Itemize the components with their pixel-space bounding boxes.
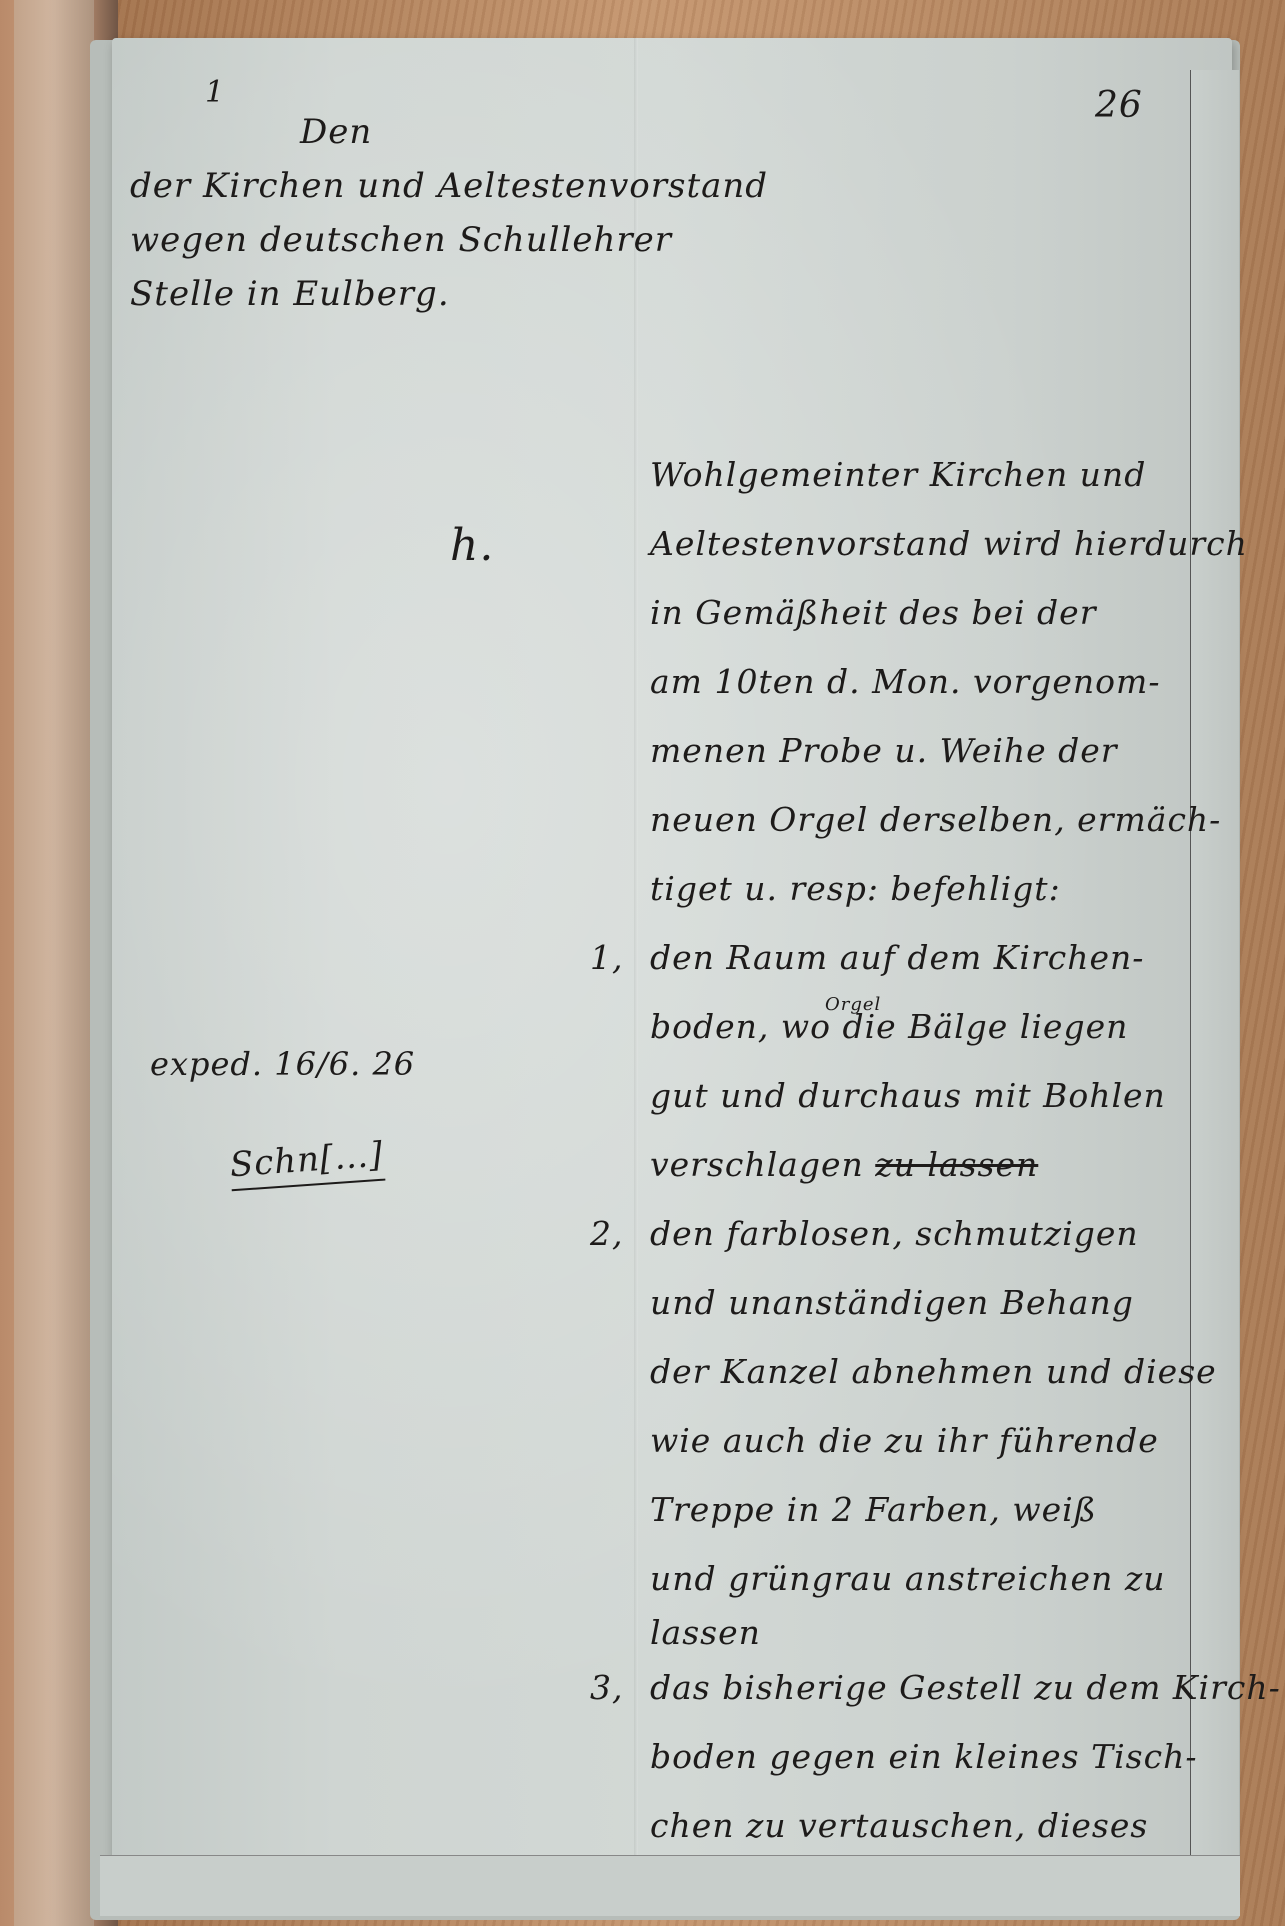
text-line: Treppe in 2 Farben, weiß xyxy=(650,1475,1281,1544)
text-line: tiget u. resp: befehligt: xyxy=(650,854,1281,923)
address-line: wegen deutschen Schullehrer xyxy=(130,213,768,267)
text-line: Wohlgemeinter Kirchen und xyxy=(650,440,1281,509)
text-line: verschlagen xyxy=(650,1145,864,1184)
text-line: und unanständigen Behang xyxy=(650,1268,1281,1337)
item-number: 3, xyxy=(590,1653,624,1722)
address-block: Den der Kirchen und Aeltestenvorstand we… xyxy=(130,105,768,321)
text-line: Orgel boden, wo die Bälge liegen xyxy=(650,992,1281,1061)
text-line: lassen xyxy=(650,1613,1281,1653)
text-line: menen Probe u. Weihe der xyxy=(650,716,1281,785)
binding-edge xyxy=(14,0,94,1926)
text-line: das bisherige Gestell zu dem Kirch- xyxy=(650,1668,1281,1707)
item-3-line: 3, das bisherige Gestell zu dem Kirch- xyxy=(650,1653,1281,1722)
text-line: gut und durchaus mit Bohlen xyxy=(650,1061,1281,1130)
text-line: den Raum auf dem Kirchen- xyxy=(650,938,1144,977)
text-line: boden, wo die Bälge liegen xyxy=(650,1007,1128,1046)
text-line: den farblosen, schmutzigen xyxy=(650,1214,1139,1253)
expedition-note: exped. 16/6. 26 xyxy=(150,1045,415,1083)
page-bottom-edge xyxy=(100,1855,1240,1916)
text-line: wie auch die zu ihr führende xyxy=(650,1406,1281,1475)
item-2-line: 2, den farblosen, schmutzigen xyxy=(650,1199,1281,1268)
item-number: 2, xyxy=(590,1199,624,1268)
address-line: der Kirchen und Aeltestenvorstand xyxy=(130,159,768,213)
text-line: am 10ten d. Mon. vorgenom- xyxy=(650,647,1281,716)
text-line: in Gemäßheit des bei der xyxy=(650,578,1281,647)
order-text: Wohlgemeinter Kirchen und Aeltestenvorst… xyxy=(650,440,1281,1860)
text-line: Aeltestenvorstand wird hierdurch xyxy=(650,509,1281,578)
item-1-line: 1, den Raum auf dem Kirchen- xyxy=(650,923,1281,992)
text-line: neuen Orgel derselben, ermäch- xyxy=(650,785,1281,854)
text-line: verschlagen zu lassen xyxy=(650,1130,1281,1199)
struck-text: zu lassen xyxy=(875,1145,1038,1184)
paraph-mark: h. xyxy=(450,520,494,571)
text-line: der Kanzel abnehmen und diese xyxy=(650,1337,1281,1406)
item-number: 1, xyxy=(590,923,624,992)
address-line: Den xyxy=(130,105,768,159)
text-line: boden gegen ein kleines Tisch- xyxy=(650,1722,1281,1791)
text-line: und grüngrau anstreichen zu xyxy=(650,1544,1281,1613)
text-line: chen zu vertauschen, dieses xyxy=(650,1791,1281,1860)
page-number: 26 xyxy=(1095,85,1143,126)
interlinear-insertion: Orgel xyxy=(825,970,881,1039)
address-line: Stelle in Eulberg. xyxy=(130,267,768,321)
